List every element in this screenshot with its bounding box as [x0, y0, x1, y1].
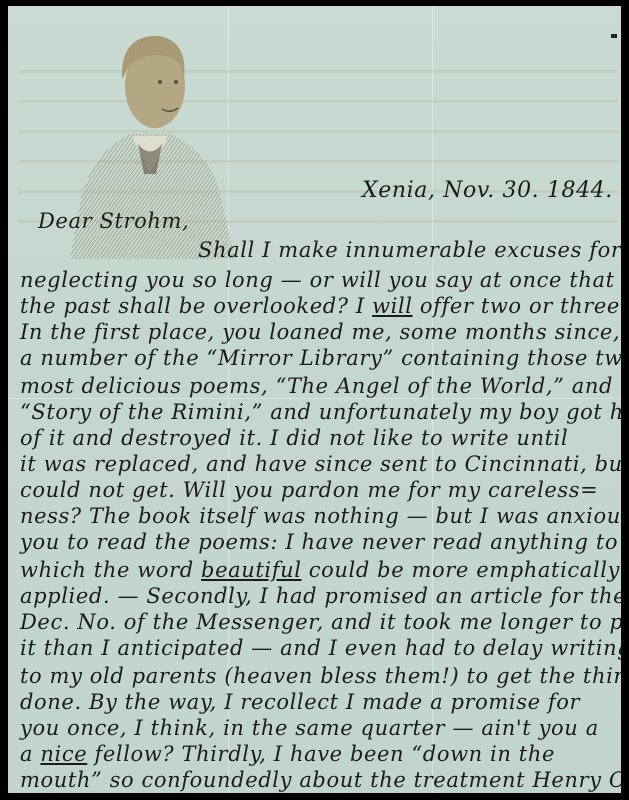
letter-line: “Story of the Rimini,” and unfortunately…: [20, 400, 621, 424]
letter-line: the past shall be overlooked? I will off…: [20, 294, 621, 318]
letter-line: to my old parents (heaven bless them!) t…: [20, 664, 621, 688]
letter-line: a number of the “Mirror Library” contain…: [20, 346, 621, 370]
letter-page: Xenia, Nov. 30. 1844. Dear Strohm, Shall…: [8, 6, 621, 793]
ink-mark: [611, 34, 617, 38]
letter-line: which the word beautiful could be more e…: [20, 558, 621, 582]
letter-line: of it and destroyed it. I did not like t…: [20, 426, 621, 450]
letter-line: most delicious poems, “The Angel of the …: [20, 374, 621, 398]
letter-line: Shall I make innumerable excuses for: [198, 238, 621, 262]
salutation: Dear Strohm,: [38, 209, 189, 233]
letter-line: it was replaced, and have since sent to …: [20, 452, 621, 476]
letter-line: applied. — Secondly, I had promised an a…: [20, 584, 621, 608]
letter-line: done. By the way, I recollect I made a p…: [20, 690, 621, 714]
dateline: Xenia, Nov. 30. 1844.: [362, 178, 613, 203]
letter-line: it than I anticipated — and I even had t…: [20, 636, 621, 660]
letter-line: you to read the poems: I have never read…: [20, 530, 621, 554]
letter-line: ness? The book itself was nothing — but …: [20, 504, 621, 528]
letter-line: you once, I think, in the same quarter —…: [20, 716, 621, 740]
letter-line: could not get. Will you pardon me for my…: [20, 478, 621, 502]
letter-line: a nice fellow? Thirdly, I have been “dow…: [20, 742, 621, 766]
letter-line: neglecting you so long — or will you say…: [20, 268, 621, 292]
fold-line: [8, 398, 621, 399]
letter-line: mouth” so confoundedly about the treatme…: [20, 768, 621, 792]
letter-line: In the first place, you loaned me, some …: [20, 320, 621, 344]
letter-line: Dec. No. of the Messenger, and it took m…: [20, 610, 621, 634]
